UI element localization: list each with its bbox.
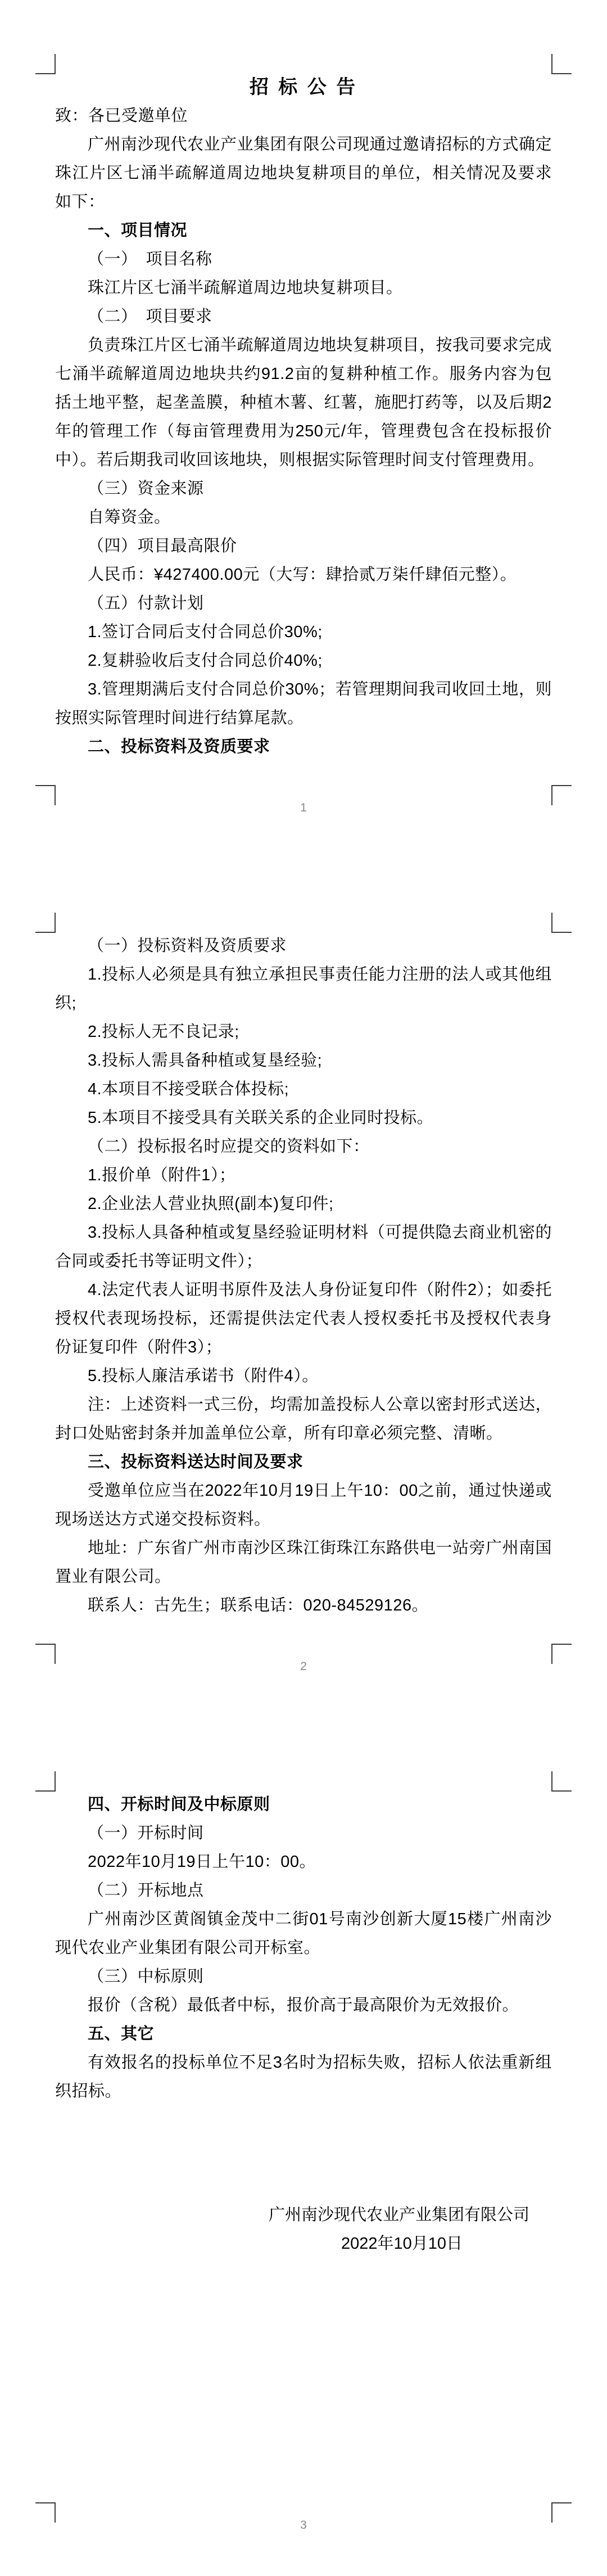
paragraph: 2022年10月19日上午10：00。 — [55, 1848, 552, 1876]
list-item: 1.报价单（附件1）； — [55, 1161, 552, 1190]
page-3-content: 四、开标时间及中标原则 （一）开标时间 2022年10月19日上午10：00。 … — [55, 1790, 552, 2106]
crop-mark-top-right — [551, 1771, 572, 1792]
page-number: 1 — [0, 802, 607, 814]
page-number: 3 — [0, 2519, 607, 2531]
subsection-heading: （三）资金来源 — [55, 475, 552, 503]
crop-mark-top-left — [35, 1771, 56, 1792]
subsection-heading: （二）开标地点 — [55, 1876, 552, 1905]
signature-block: 广州南沙现代农业产业集团有限公司 2022年10月10日 — [269, 2201, 535, 2258]
signature-date: 2022年10月10日 — [269, 2230, 535, 2258]
list-item: 4.本项目不接受联合体投标; — [55, 1075, 552, 1104]
crop-mark-top-right — [551, 54, 572, 74]
subsection-heading: （三）中标原则 — [55, 1963, 552, 1991]
section-heading-3: 三、投标资料送达时间及要求 — [55, 1448, 552, 1477]
subsection-heading: （一） 项目名称 — [55, 245, 552, 274]
paragraph: 珠江片区七涌半疏解道周边地块复耕项目。 — [55, 274, 552, 303]
section-heading-4: 四、开标时间及中标原则 — [55, 1790, 552, 1819]
crop-mark-top-left — [35, 913, 56, 933]
subsection-heading: （二）投标报名时应提交的资料如下： — [55, 1133, 552, 1161]
page-1-content: 招 标 公 告 致：各已受邀单位 广州南沙现代农业产业集团有限公司现通过邀请招标… — [55, 73, 552, 761]
paragraph: 受邀单位应当在2022年10月19日上午10：00之前，通过快递或现场送达方式递… — [55, 1477, 552, 1534]
list-item: 5.本项目不接受具有关联关系的企业同时投标。 — [55, 1104, 552, 1133]
signature-company: 广州南沙现代农业产业集团有限公司 — [269, 2201, 535, 2230]
page-number: 2 — [0, 1661, 607, 1672]
list-item: 4.法定代表人证明书原件及法人身份证复印件（附件2）；如委托授权代表现场投标，还… — [55, 1276, 552, 1362]
section-heading-5: 五、其它 — [55, 2020, 552, 2049]
subsection-heading: （二） 项目要求 — [55, 303, 552, 331]
paragraph: 广州南沙区黄阁镇金茂中二街01号南沙创新大厦15楼广州南沙现代农业产业集团有限公… — [55, 1905, 552, 1963]
paragraph: 有效报名的投标单位不足3名时为招标失败，招标人依法重新组织招标。 — [55, 2049, 552, 2106]
salutation-line: 致：各已受邀单位 — [55, 102, 552, 130]
list-item: 2.复耕验收后支付合同总价40%; — [55, 647, 552, 675]
subsection-heading: （五）付款计划 — [55, 589, 552, 618]
address-paragraph: 地址：广东省广州市南沙区珠江街珠江东路供电一站旁广州南国置业有限公司。 — [55, 1534, 552, 1591]
crop-mark-top-left — [35, 54, 56, 74]
paragraph: 负责珠江片区七涌半疏解道周边地块复耕项目，按我司要求完成七涌半疏解道周边地块共约… — [55, 331, 552, 475]
note-paragraph: 注：上述资料一式三份，均需加盖投标人公章以密封形式送达，封口处贴密封条并加盖单位… — [55, 1391, 552, 1448]
document-title: 招 标 公 告 — [55, 73, 552, 102]
list-item: 1.投标人必须是具有独立承担民事责任能力注册的法人或其他组织; — [55, 960, 552, 1018]
list-item: 5.投标人廉洁承诺书（附件4）。 — [55, 1362, 552, 1391]
paragraph: 自筹资金。 — [55, 503, 552, 532]
paragraph: 报价（含税）最低者中标，报价高于最高限价为无效报价。 — [55, 1991, 552, 2020]
page-2-content: （一）投标资料及资质要求 1.投标人必须是具有独立承担民事责任能力注册的法人或其… — [55, 932, 552, 1620]
section-heading-1: 一、项目情况 — [55, 216, 552, 245]
list-item: 3.投标人需具备种植或复垦经验; — [55, 1046, 552, 1075]
list-item: 2.企业法人营业执照(副本)复印件; — [55, 1190, 552, 1219]
page-3: 四、开标时间及中标原则 （一）开标时间 2022年10月19日上午10：00。 … — [0, 1717, 607, 2576]
crop-mark-top-right — [551, 913, 572, 933]
subsection-heading: （四）项目最高限价 — [55, 532, 552, 561]
list-item: 3.投标人具备种植或复垦经验证明材料（可提供隐去商业机密的合同或委托书等证明文件… — [55, 1219, 552, 1276]
intro-paragraph: 广州南沙现代农业产业集团有限公司现通过邀请招标的方式确定珠江片区七涌半疏解道周边… — [55, 130, 552, 216]
list-item: 3.管理期满后支付合同总价30%；若管理期间我司收回土地，则按照实际管理时间进行… — [55, 675, 552, 733]
paragraph: 人民币：¥427400.00元（大写：肆拾贰万柒仟肆佰元整）。 — [55, 561, 552, 589]
page-2: （一）投标资料及资质要求 1.投标人必须是具有独立承担民事责任能力注册的法人或其… — [0, 859, 607, 1717]
list-item: 1.签订合同后支付合同总价30%; — [55, 618, 552, 647]
subsection-heading: （一）投标资料及资质要求 — [55, 932, 552, 960]
contact-paragraph: 联系人：古先生；联系电话：020-84529126。 — [55, 1591, 552, 1620]
list-item: 2.投标人无不良记录; — [55, 1018, 552, 1046]
page-1: 招 标 公 告 致：各已受邀单位 广州南沙现代农业产业集团有限公司现通过邀请招标… — [0, 0, 607, 859]
document-background: { "document": { "pages": [ { "number": "… — [0, 0, 607, 2576]
section-heading-2: 二、投标资料及资质要求 — [55, 733, 552, 761]
subsection-heading: （一）开标时间 — [55, 1819, 552, 1848]
